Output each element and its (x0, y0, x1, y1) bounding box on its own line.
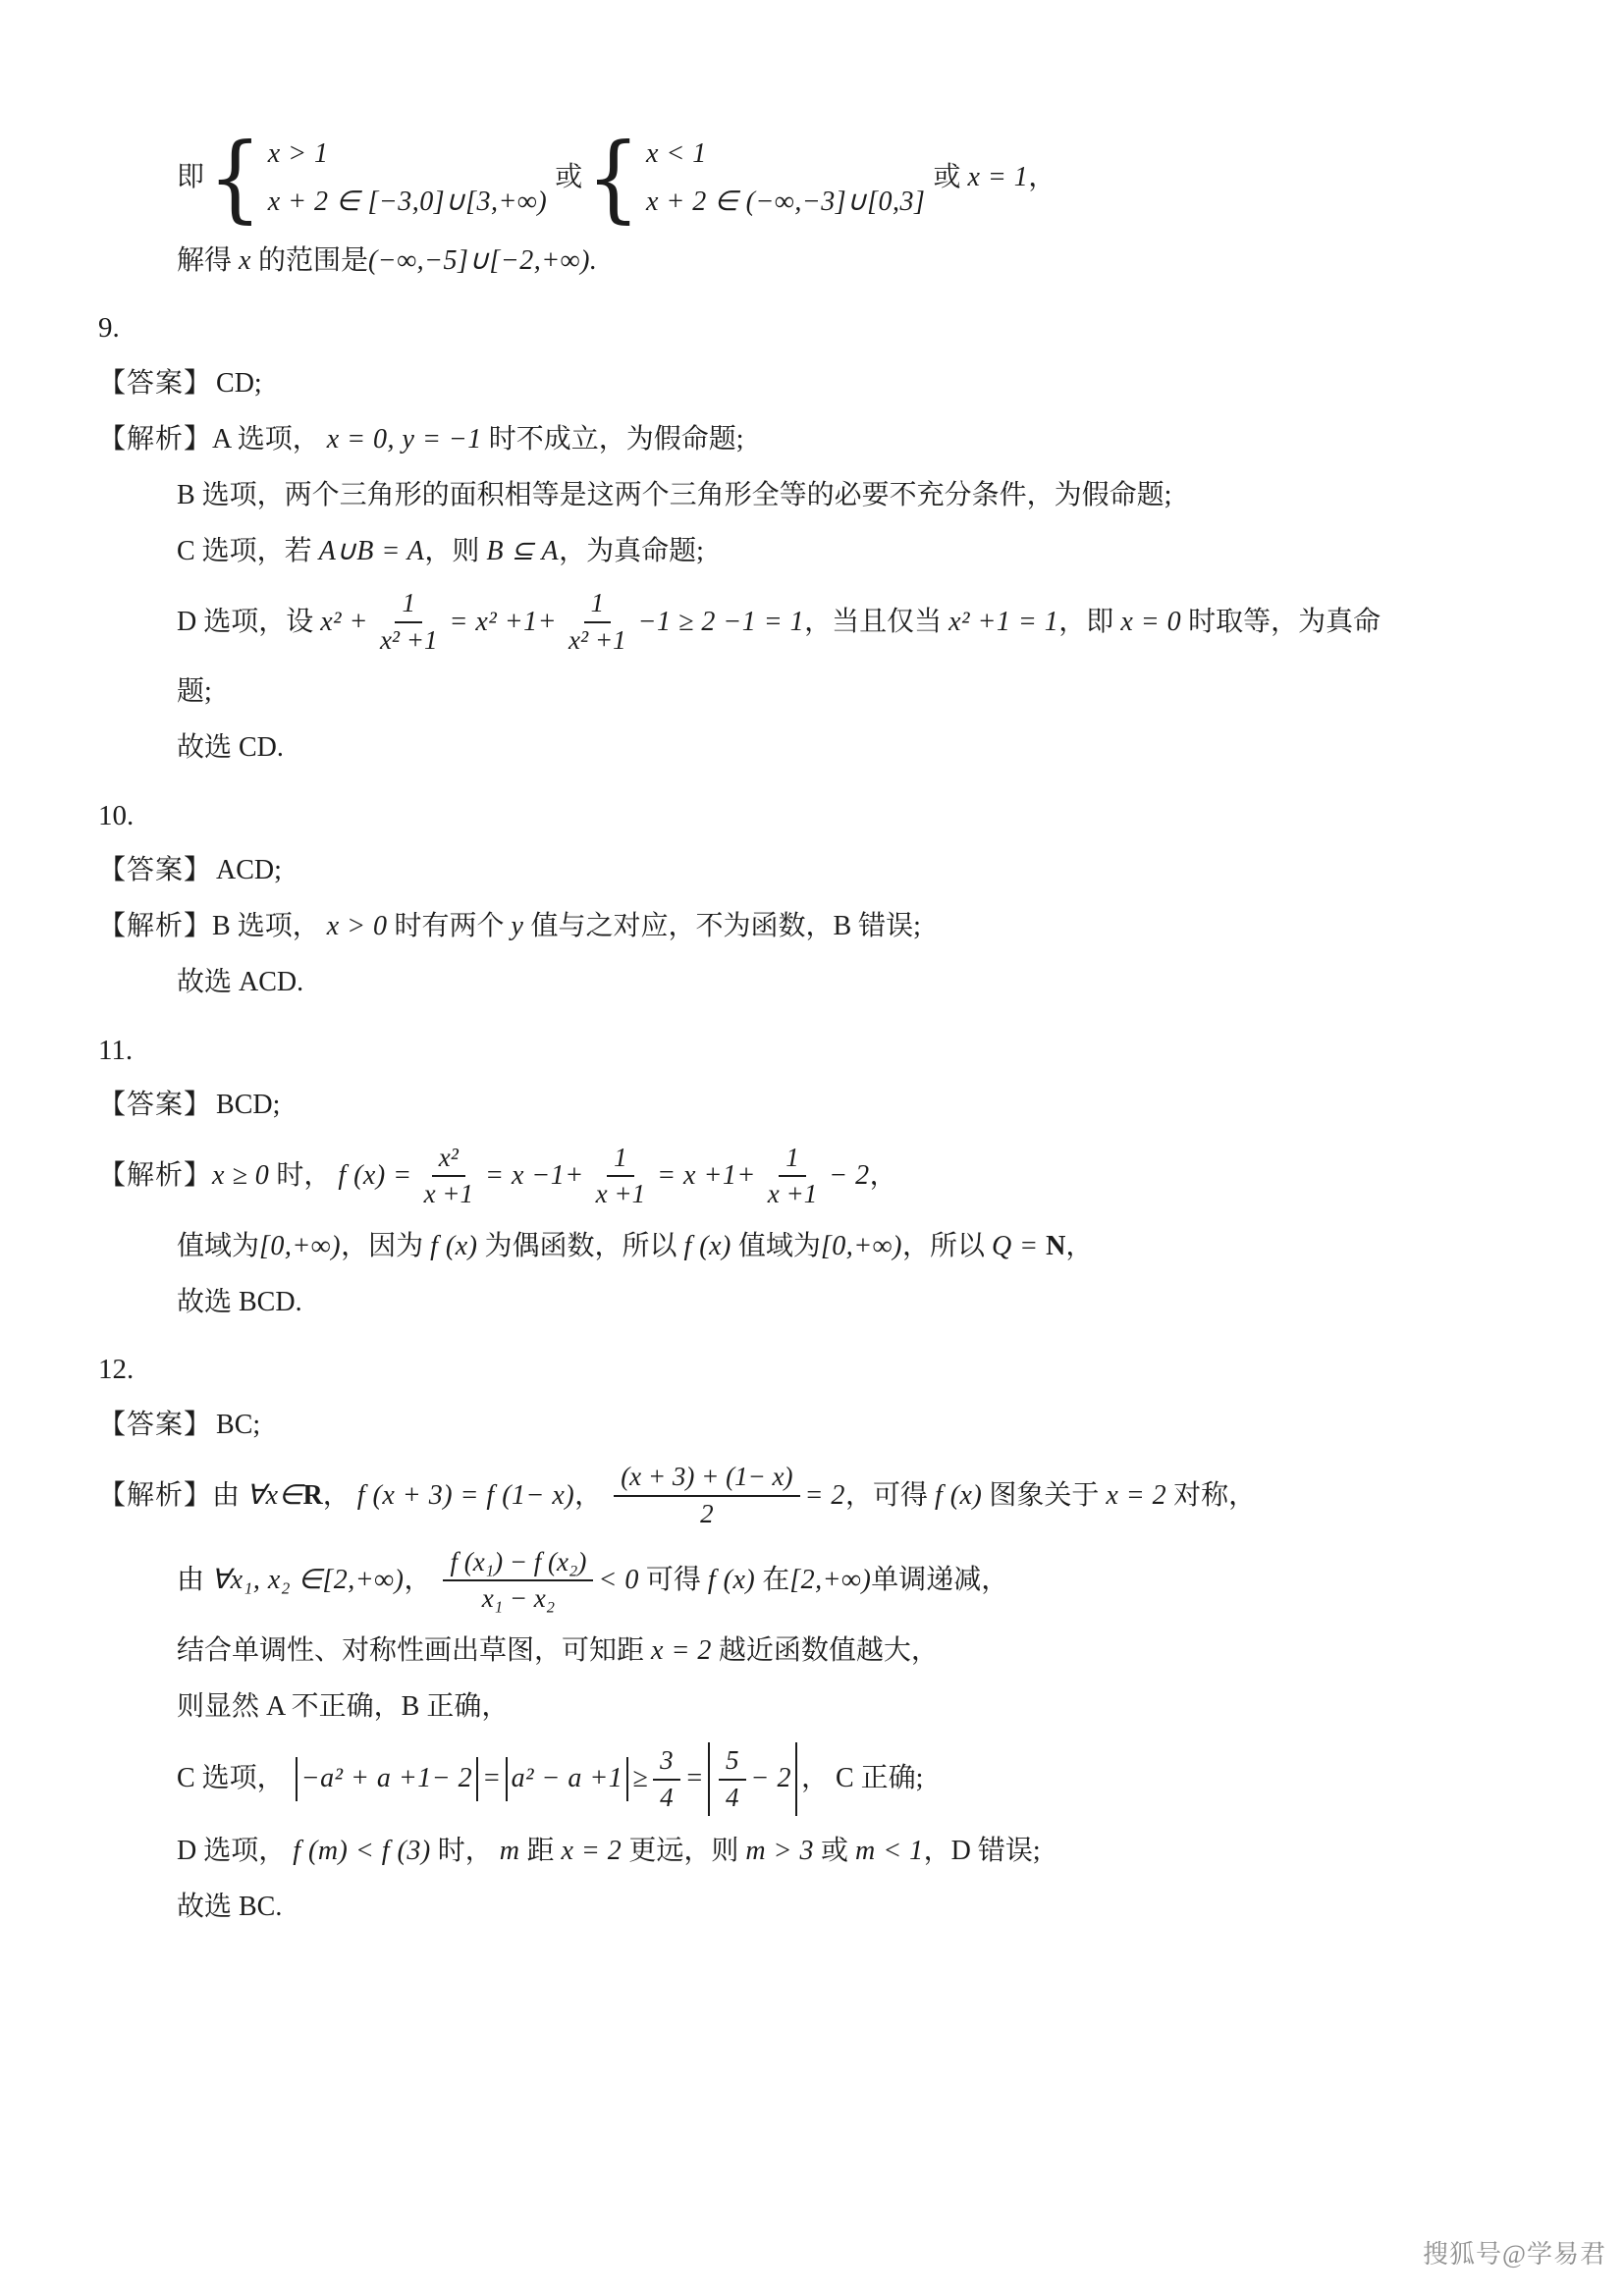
math-text: m > 3 (745, 1832, 814, 1872)
cases-row: x + 2 ∈ (−∞,−3]∪[0,3] (646, 183, 925, 223)
text-run: 结合单调性、对称性画出草图，可知距 (177, 1631, 651, 1672)
math-fraction: 1x² +1 (373, 589, 445, 655)
text-run: 值与之对应，不为函数，B 错误; (523, 907, 920, 947)
answer-label: 【答案】 (98, 364, 212, 404)
math-text: f (x + 3) = f (1− x) (357, 1476, 574, 1517)
text-run: B 选项，两个三角形的面积相等是这两个三角形全等的必要不充分条件，为假命题; (177, 476, 1171, 516)
math-fraction: 1x +1 (589, 1144, 652, 1209)
text-run: A 选项， (212, 420, 327, 460)
math-text: y (512, 907, 524, 947)
math-text: a² − a +1 (512, 1759, 623, 1799)
text-run: 时， (431, 1832, 500, 1872)
text-run: 即 (177, 158, 204, 198)
text-run: ，则 (424, 532, 486, 572)
answer-key-content: 即{x > 1x + 2 ∈ [−3,0]∪[3,+∞)或{x < 1x + 2… (98, 131, 1575, 1928)
analysis-line: 题; (177, 672, 1575, 714)
math-fraction: 54 (719, 1746, 746, 1812)
analysis-label: 【解析】 (98, 420, 212, 460)
math-text: Q = (992, 1227, 1046, 1267)
cases-rows: x > 1x + 2 ∈ [−3,0]∪[3,+∞) (268, 134, 547, 222)
analysis-line: C 选项， −a² + a +1− 2=a² − a +1≥34=54− 2， … (177, 1742, 1575, 1816)
left-brace-icon: { (586, 131, 640, 225)
question-number: 11. (98, 1030, 133, 1071)
math-text: B ⊆ A (486, 532, 559, 572)
cases-row: x + 2 ∈ [−3,0]∪[3,+∞) (268, 183, 547, 223)
math-text: [0,+∞) (259, 1227, 341, 1267)
analysis-label: 【解析】 (98, 1156, 212, 1197)
answer-value: CD; (216, 364, 262, 404)
math-text: = (685, 1759, 704, 1799)
fraction-denominator: x +1 (417, 1177, 480, 1209)
cases-row: x < 1 (646, 134, 925, 175)
analysis-line: D 选项，设 x² +1x² +1= x² +1+1x² +1−1 ≥ 2 −1… (177, 587, 1575, 657)
left-brace-icon: { (208, 131, 262, 225)
math-text: x = 2 (651, 1631, 712, 1672)
text-run: 距 (519, 1832, 561, 1872)
math-text: = 2 (805, 1476, 845, 1517)
answer-label: 【答案】 (98, 1406, 212, 1446)
fraction-denominator: 2 (693, 1497, 721, 1529)
math-fraction: 1x +1 (761, 1144, 824, 1209)
question-block: 12.【答案】BC;【解析】由 ∀x∈R， f (x + 3) = f (1− … (98, 1349, 1575, 1928)
cases-row: x > 1 (268, 134, 547, 175)
cases-rows: x < 1x + 2 ∈ (−∞,−3]∪[0,3] (646, 134, 925, 222)
text-run: 单调递减， (871, 1561, 1008, 1601)
question-number-line: 9. (98, 307, 1575, 348)
analysis-line: 由 ∀x₁, x₂ ∈[2,+∞)， f (x₁) − f (x₂)x₁ − x… (177, 1546, 1575, 1616)
math-text: − 2 (829, 1156, 869, 1197)
math-text: A∪B = A (319, 532, 425, 572)
watermark: 搜狐号@学易君 (1423, 2234, 1606, 2270)
math-text: x = 0 (1120, 603, 1181, 643)
math-text: f (x) (430, 1227, 477, 1267)
text-run: 时不成立，为假命题; (482, 420, 744, 460)
text-run: ， (574, 1476, 609, 1517)
text-run: C 选项，若 (177, 532, 319, 572)
fraction-numerator: 3 (653, 1746, 680, 1781)
text-run: ， (1065, 1227, 1093, 1267)
text-run: 在 (755, 1561, 789, 1601)
math-text: x = 2 (561, 1832, 622, 1872)
analysis-line: 故选 CD. (177, 728, 1575, 770)
text-run: 故选 ACD. (177, 963, 303, 1003)
math-text: f (m) < f (3) (293, 1832, 430, 1872)
fraction-numerator: 1 (779, 1144, 806, 1178)
text-run: ， (323, 1476, 357, 1517)
math-text: x + 2 ∈ [−3,0]∪[3,+∞) (268, 183, 547, 223)
analysis-first-line: 【解析】A 选项， x = 0, y = −1 时不成立，为假命题; (98, 419, 1575, 460)
math-text: x + 2 ∈ (−∞,−3]∪[0,3] (646, 183, 925, 223)
text-run: 图象关于 (982, 1476, 1106, 1517)
fraction-numerator: 1 (584, 589, 612, 623)
analysis-first-line: 【解析】B 选项， x > 0 时有两个 y 值与之对应，不为函数，B 错误; (98, 907, 1575, 948)
text-run: 对称， (1166, 1476, 1256, 1517)
fraction-numerator: (x + 3) + (1− x) (614, 1463, 799, 1497)
question-number-line: 11. (98, 1030, 1575, 1071)
math-text: x = 2 (1106, 1476, 1166, 1517)
analysis-first-line: 【解析】由 ∀x∈R， f (x + 3) = f (1− x)， (x + 3… (98, 1461, 1575, 1530)
math-text: m (500, 1832, 520, 1872)
analysis-label: 【解析】 (98, 907, 212, 947)
text-run: 题; (177, 672, 212, 713)
intro-line: 解得 x 的范围是(−∞,−5]∪[−2,+∞). (177, 240, 1575, 282)
math-text: [0,+∞) (821, 1227, 902, 1267)
text-run: ， (404, 1561, 438, 1601)
math-text: −a² + a +1− 2 (301, 1759, 472, 1799)
document-page: 即{x > 1x + 2 ∈ [−3,0]∪[3,+∞)或{x < 1x + 2… (0, 0, 1624, 2296)
fraction-denominator: x² +1 (373, 623, 445, 656)
math-text: < 0 (598, 1561, 638, 1601)
analysis-first-line: 【解析】x ≥ 0 时， f (x) =x²x +1= x −1+1x +1= … (98, 1142, 1575, 1211)
text-run: ，所以 (902, 1227, 992, 1267)
answer-value: BC; (216, 1406, 260, 1446)
math-text: ∀x∈ (246, 1476, 302, 1517)
answer-label: 【答案】 (98, 1086, 212, 1126)
text-run: 的范围是 (251, 241, 368, 282)
text-run: ，因为 (341, 1227, 430, 1267)
question-number-line: 10. (98, 795, 1575, 836)
absolute-value-group: a² − a +1 (506, 1757, 629, 1801)
question-number: 10. (98, 795, 134, 836)
analysis-line: 则显然 A 不正确，B 正确， (177, 1686, 1575, 1728)
question-block: 10.【答案】ACD;【解析】B 选项， x > 0 时有两个 y 值与之对应，… (98, 795, 1575, 1004)
question-number-line: 12. (98, 1349, 1575, 1390)
math-text: x (239, 241, 251, 282)
analysis-line: 结合单调性、对称性画出草图，可知距 x = 2 越近函数值越大， (177, 1630, 1575, 1672)
math-text: x > 1 (268, 134, 329, 175)
fraction-numerator: 5 (719, 1746, 746, 1781)
math-fraction: x²x +1 (417, 1144, 480, 1209)
text-run: B 选项， (212, 907, 327, 947)
fraction-denominator: x² +1 (562, 623, 633, 656)
analysis-line: 值域为[0,+∞)，因为 f (x) 为偶函数，所以 f (x) 值域为[0,+… (177, 1226, 1575, 1267)
fraction-denominator: 4 (719, 1781, 746, 1813)
text-run: 时取等，为真命 (1181, 603, 1380, 643)
fraction-denominator: 4 (653, 1781, 680, 1813)
text-run: 故选 BC. (177, 1888, 282, 1928)
text-run: ，为真命题; (559, 532, 704, 572)
analysis-label: 【解析】 (98, 1476, 212, 1517)
text-run: 值域为 (177, 1227, 259, 1267)
analysis-line: B 选项，两个三角形的面积相等是这两个三角形全等的必要不充分条件，为假命题; (177, 475, 1575, 516)
text-run: 时， (269, 1156, 338, 1197)
text-run: N (1046, 1227, 1065, 1267)
answer-line: 【答案】BC; (98, 1405, 1575, 1446)
math-text: = x +1+ (657, 1156, 756, 1197)
math-text: ∀x₁, x₂ ∈[2,+∞) (211, 1561, 404, 1601)
math-text: f (x) (935, 1476, 982, 1517)
math-text: f (x) = (338, 1156, 411, 1197)
math-text: (−∞,−5]∪[−2,+∞). (368, 241, 597, 282)
text-run: C 选项， (177, 1759, 292, 1799)
answer-line: 【答案】CD; (98, 363, 1575, 404)
math-text: = x −1+ (485, 1156, 584, 1197)
text-run: ， C 正确; (801, 1759, 923, 1799)
question-number: 9. (98, 307, 120, 348)
absolute-value-group: 54− 2 (708, 1742, 797, 1816)
math-text: = (482, 1759, 501, 1799)
text-run: D 选项，设 (177, 603, 320, 643)
text-run: 为偶函数，所以 (477, 1227, 683, 1267)
text-run: 故选 CD. (177, 728, 284, 769)
text-run: 时有两个 (388, 907, 512, 947)
math-text: = x² +1+ (450, 603, 558, 643)
math-text: f (x) (708, 1561, 755, 1601)
text-run: 或 (555, 158, 582, 198)
fraction-numerator: x² (432, 1144, 465, 1178)
text-run: ，可得 (845, 1476, 935, 1517)
text-run: 由 (177, 1561, 211, 1601)
text-run: ， (1028, 158, 1056, 198)
math-fraction: 34 (653, 1746, 680, 1812)
math-text: x ≥ 0 (212, 1156, 269, 1197)
text-run: 由 (212, 1476, 246, 1517)
math-text: x² +1 = 1 (948, 603, 1058, 643)
math-text: − 2 (751, 1759, 791, 1799)
answer-line: 【答案】BCD; (98, 1086, 1575, 1127)
text-run: 更远，则 (622, 1832, 745, 1872)
cases-group: {x < 1x + 2 ∈ (−∞,−3]∪[0,3] (586, 134, 925, 222)
text-run: 则显然 A 不正确，B 正确， (177, 1687, 509, 1728)
analysis-line: 故选 BC. (177, 1887, 1575, 1928)
text-run: ，即 (1058, 603, 1120, 643)
math-text: −1 ≥ 2 −1 = 1 (638, 603, 805, 643)
text-run: 故选 BCD. (177, 1283, 302, 1323)
text-run: 或 (933, 158, 967, 198)
math-fraction: 1x² +1 (562, 589, 633, 655)
math-text: x < 1 (646, 134, 707, 175)
text-run: 解得 (177, 241, 239, 282)
cases-group: {x > 1x + 2 ∈ [−3,0]∪[3,+∞) (208, 134, 547, 222)
math-text: x² + (320, 603, 368, 643)
fraction-numerator: 1 (395, 589, 422, 623)
question-number: 12. (98, 1349, 134, 1390)
answer-label: 【答案】 (98, 851, 212, 891)
text-run: 值域为 (731, 1227, 821, 1267)
question-block: 9.【答案】CD;【解析】A 选项， x = 0, y = −1 时不成立，为假… (98, 307, 1575, 769)
fraction-denominator: x₁ − x₂ (475, 1581, 562, 1614)
text-run: D 选项， (177, 1832, 293, 1872)
math-fraction: (x + 3) + (1− x)2 (614, 1463, 799, 1528)
analysis-line: D 选项， f (m) < f (3) 时， m 距 x = 2 更远，则 m … (177, 1831, 1575, 1872)
math-text: f (x) (683, 1227, 731, 1267)
fraction-denominator: x +1 (761, 1177, 824, 1209)
fraction-numerator: f (x₁) − f (x₂) (443, 1548, 593, 1582)
math-fraction: f (x₁) − f (x₂)x₁ − x₂ (443, 1548, 593, 1614)
text-run: 或 (814, 1832, 855, 1872)
absolute-value-group: −a² + a +1− 2 (296, 1757, 478, 1801)
answer-value: ACD; (216, 851, 282, 891)
text-run: ， (870, 1156, 897, 1197)
math-text: x > 0 (327, 907, 388, 947)
text-run: R (303, 1476, 323, 1517)
math-text: m < 1 (855, 1832, 924, 1872)
fraction-denominator: x +1 (589, 1177, 652, 1209)
math-text: ≥ (632, 1759, 648, 1799)
text-run: ，当且仅当 (804, 603, 948, 643)
analysis-line: C 选项，若 A∪B = A，则 B ⊆ A，为真命题; (177, 531, 1575, 572)
text-run: ，D 错误; (924, 1832, 1041, 1872)
fraction-numerator: 1 (607, 1144, 634, 1178)
question-block: 11.【答案】BCD;【解析】x ≥ 0 时， f (x) =x²x +1= x… (98, 1030, 1575, 1323)
math-text: x = 1 (967, 158, 1028, 198)
intro-line: 即{x > 1x + 2 ∈ [−3,0]∪[3,+∞)或{x < 1x + 2… (177, 131, 1575, 226)
analysis-line: 故选 BCD. (177, 1282, 1575, 1323)
math-text: [2,+∞) (789, 1561, 871, 1601)
answer-line: 【答案】ACD; (98, 851, 1575, 892)
text-run: 可得 (639, 1561, 708, 1601)
analysis-line: 故选 ACD. (177, 963, 1575, 1004)
text-run: 越近函数值越大， (712, 1631, 939, 1672)
math-text: x = 0, y = −1 (327, 420, 482, 460)
answer-value: BCD; (216, 1086, 280, 1126)
